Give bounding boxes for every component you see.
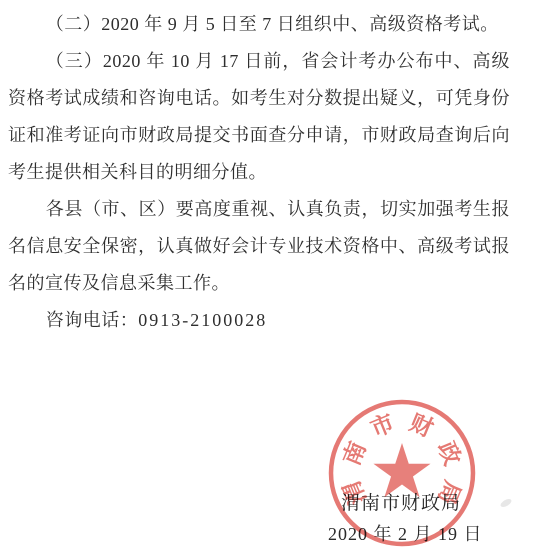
seal-arc-char: 政	[433, 438, 465, 469]
contact-line: 咨询电话：0913-2100028	[8, 302, 510, 339]
seal-arc-char: 市	[367, 410, 398, 442]
paragraph-exam-schedule: （二）2020 年 9 月 5 日至 7 日组织中、高级资格考试。	[8, 6, 510, 43]
signature-date: 2020 年 2 月 19 日	[328, 520, 483, 546]
seal-arc-char: 南	[338, 438, 371, 469]
paragraph-county-requirements: 各县（市、区）要高度重视、认真负责，切实加强考生报名信息安全保密，认真做好会计专…	[8, 191, 510, 302]
seal-arc-char: 财	[406, 409, 437, 442]
issuer-name: 渭南市财政局	[341, 488, 461, 515]
document-body: （二）2020 年 9 月 5 日至 7 日组织中、高级资格考试。 （三）202…	[0, 0, 536, 339]
document-page: （二）2020 年 9 月 5 日至 7 日组织中、高级资格考试。 （三）202…	[0, 0, 536, 553]
paragraph-results-announcement: （三）2020 年 10 月 17 日前，省会计考办公布中、高级资格考试成绩和咨…	[8, 43, 510, 191]
contact-label: 咨询电话：	[46, 310, 139, 330]
scan-artifact	[499, 497, 512, 508]
contact-phone-number: 0913-2100028	[138, 310, 267, 330]
